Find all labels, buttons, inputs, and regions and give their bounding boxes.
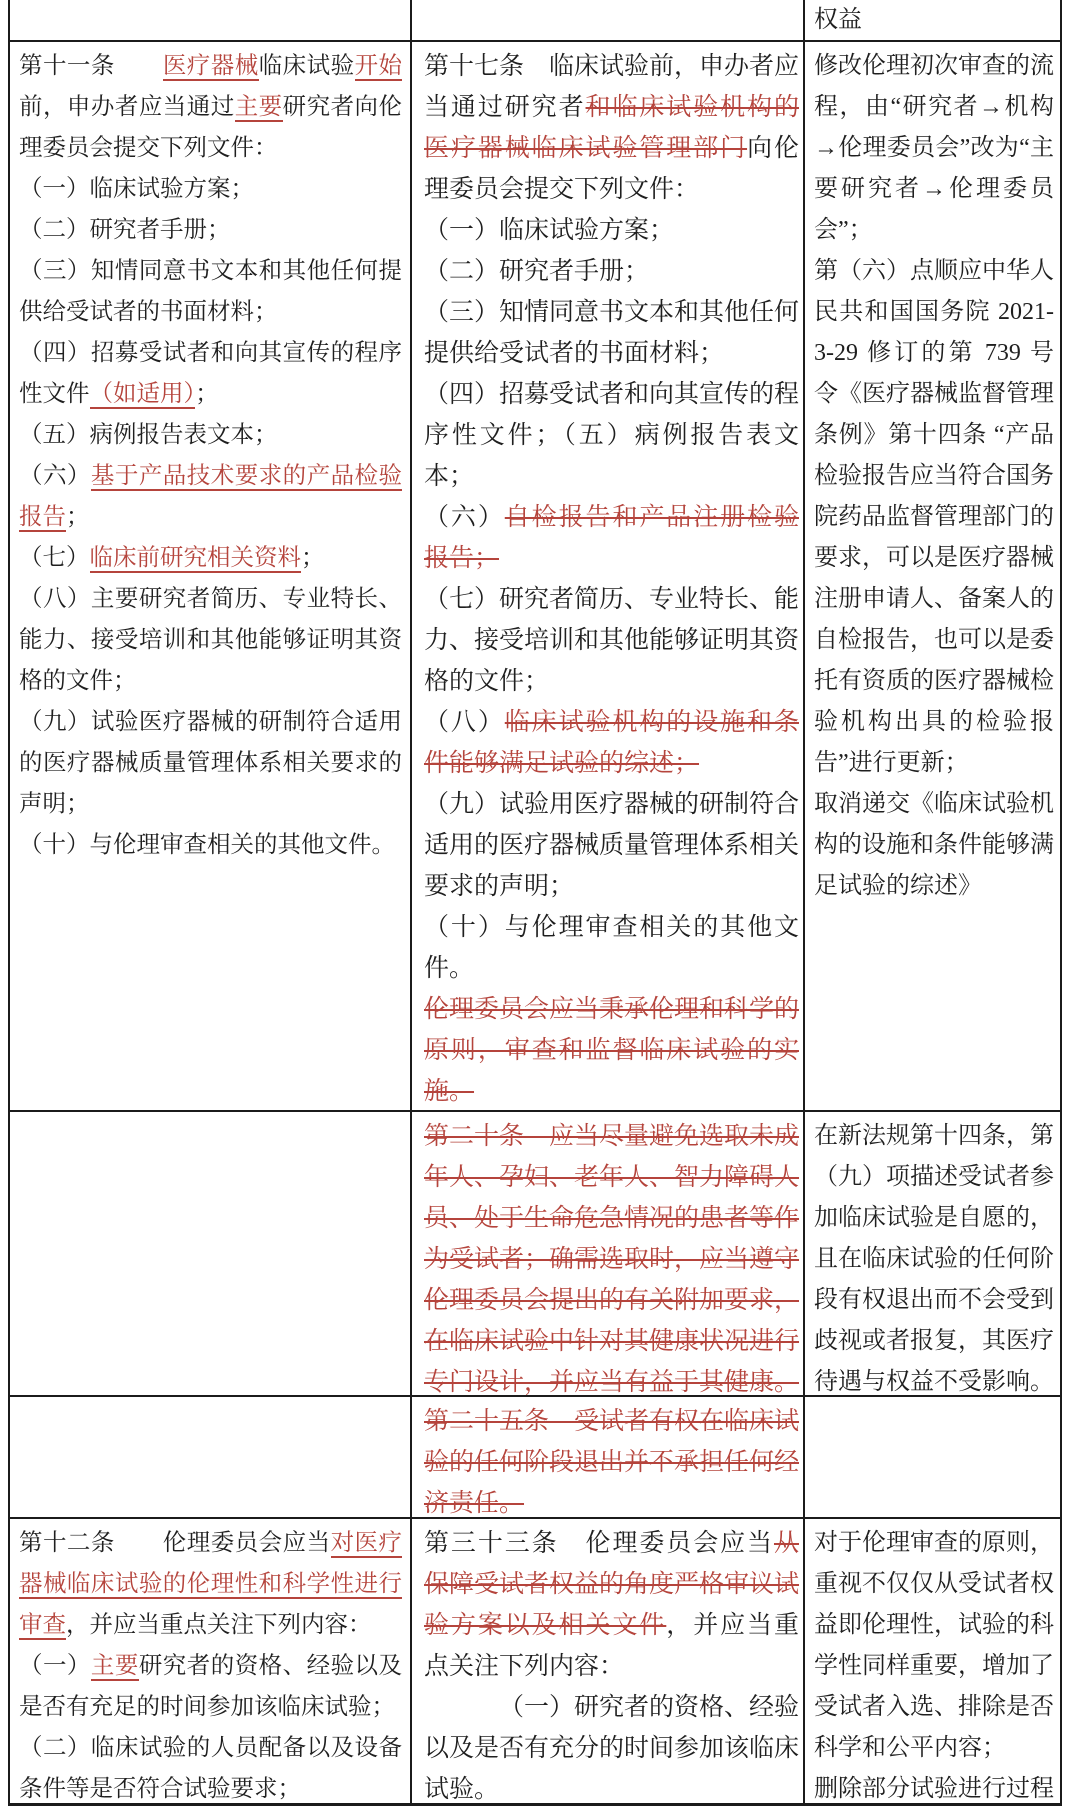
text-segment-normal: （九）试验用医疗器械的研制符合适用的医疗器械质量管理体系相关要求的声明； bbox=[424, 791, 799, 900]
text-segment-normal: （七） bbox=[19, 545, 90, 571]
cell-article12-comment: 对于伦理审查的原则，重视不仅仅从受试者权益即伦理性，试验的科学性同样重要，增加了… bbox=[803, 1519, 1056, 1803]
cell-article17-old-text: 第十七条 临床试验前，申办者应当通过研究者和临床试验机构的医疗器械临床试验管理部… bbox=[410, 42, 803, 1110]
table-row: 第十一条 医疗器械临床试验开始前，申办者应当通过主要研究者向伦理委员会提交下列文… bbox=[10, 42, 1060, 1112]
text-segment-normal: 第三十三条 伦理委员会应当 bbox=[424, 1530, 774, 1557]
text-segment-normal: 临床试验 bbox=[259, 53, 355, 79]
paragraph: （三）知情同意书文本和其他任何提供给受试者的书面材料； bbox=[19, 251, 402, 333]
text-segment-normal: ； bbox=[301, 545, 325, 571]
text-segment-normal: （二）研究者手册； bbox=[424, 258, 649, 285]
text-segment-normal: （五）病例报告表文本； bbox=[19, 422, 278, 448]
text-segment-normal: （九）试验医疗器械的研制符合适用的医疗器械质量管理体系相关要求的声明； bbox=[19, 709, 402, 817]
paragraph: 第十一条 医疗器械临床试验开始前，申办者应当通过主要研究者向伦理委员会提交下列文… bbox=[19, 46, 402, 169]
text-segment-insert: 开始 bbox=[355, 53, 402, 81]
cell-article25-new-text bbox=[10, 1397, 410, 1517]
text-segment-normal: （六） bbox=[424, 504, 505, 531]
text-segment-normal: 删除部分试验进行过程 bbox=[814, 1776, 1054, 1802]
paragraph: 第二十条 应当尽量避免选取未成年人、孕妇、老年人、智力障碍人员、处于生命危急情况… bbox=[424, 1116, 799, 1395]
text-segment-normal: （四）招募受试者和向其宣传的程序性文件；（五）病例报告表文本； bbox=[424, 381, 799, 490]
text-segment-normal: ； bbox=[195, 381, 219, 407]
text-segment-normal: 第（六）点顺应中华人民共和国国务院 2021-3-29 修订的第 739 号令《… bbox=[814, 258, 1054, 776]
cell-article12-new-text: 第十二条 伦理委员会应当对医疗器械临床试验的伦理性和科学性进行审查，并应当重点关… bbox=[10, 1519, 410, 1803]
text-segment-insert: 主要 bbox=[91, 1653, 139, 1681]
text-segment-normal: （一） bbox=[19, 1653, 91, 1679]
text-segment-normal: （一）研究者的资格、经验以及是否有充分的时间参加该临床试验。 bbox=[424, 1694, 799, 1803]
text-segment-normal: 修改伦理初次审查的流程，由“研究者→机构→伦理委员会”改为“主要研究者→伦理委员… bbox=[814, 53, 1054, 243]
text-segment-delete: 第二十五条 受试者有权在临床试验的任何阶段退出并不承担任何经济责任。 bbox=[424, 1408, 799, 1517]
paragraph: （一）研究者的资格、经验以及是否有充分的时间参加该临床试验。 bbox=[424, 1687, 799, 1803]
table-row: 第二十五条 受试者有权在临床试验的任何阶段退出并不承担任何经济责任。 bbox=[10, 1397, 1060, 1519]
paragraph: （六）自检报告和产品注册检验报告； bbox=[424, 497, 799, 579]
text-segment-normal: （二）研究者手册； bbox=[19, 217, 231, 243]
text-segment-normal: 权益 bbox=[814, 7, 862, 33]
text-segment-normal: 取消递交《临床试验机构的设施和条件能够满足试验的综述》 bbox=[814, 791, 1054, 899]
text-segment-normal: 前，申办者应当通过 bbox=[19, 94, 235, 120]
paragraph: （一）临床试验方案； bbox=[19, 169, 402, 210]
cell-top-new-text bbox=[10, 0, 410, 40]
paragraph: （十）与伦理审查相关的其他文件。 bbox=[19, 825, 402, 866]
cell-article20-old-text: 第二十条 应当尽量避免选取未成年人、孕妇、老年人、智力障碍人员、处于生命危急情况… bbox=[410, 1112, 803, 1395]
paragraph: 修改伦理初次审查的流程，由“研究者→机构→伦理委员会”改为“主要研究者→伦理委员… bbox=[814, 46, 1054, 251]
text-segment-normal: ； bbox=[66, 504, 90, 530]
cell-top-old-text bbox=[410, 0, 803, 40]
text-segment-normal: ，并应当重点关注下列内容： bbox=[66, 1612, 372, 1638]
paragraph: （四）招募受试者和向其宣传的程序性文件（如适用）； bbox=[19, 333, 402, 415]
paragraph: 第三十三条 伦理委员会应当从保障受试者权益的角度严格审议试验方案以及相关文件，并… bbox=[424, 1523, 799, 1687]
text-segment-normal: 第十二条 伦理委员会应当 bbox=[19, 1530, 331, 1556]
text-segment-normal: （三）知情同意书文本和其他任何提供给受试者的书面材料； bbox=[19, 258, 402, 325]
paragraph: 第十七条 临床试验前，申办者应当通过研究者和临床试验机构的医疗器械临床试验管理部… bbox=[424, 46, 799, 210]
cell-article11-comment: 修改伦理初次审查的流程，由“研究者→机构→伦理委员会”改为“主要研究者→伦理委员… bbox=[803, 42, 1056, 1110]
paragraph: （一）临床试验方案； bbox=[424, 210, 799, 251]
paragraph: 取消递交《临床试验机构的设施和条件能够满足试验的综述》 bbox=[814, 784, 1054, 907]
paragraph: 对于伦理审查的原则，重视不仅仅从受试者权益即伦理性，试验的科学性同样重要，增加了… bbox=[814, 1523, 1054, 1769]
text-segment-normal: （十）与伦理审查相关的其他文件。 bbox=[424, 914, 799, 982]
cell-article20-comment: 在新法规第十四条，第（九）项描述受试者参加临床试验是自愿的，且在临床试验的任何阶… bbox=[803, 1112, 1056, 1395]
paragraph: 权益 bbox=[814, 0, 1054, 40]
paragraph: （七）临床前研究相关资料； bbox=[19, 538, 402, 579]
paragraph: 第（六）点顺应中华人民共和国国务院 2021-3-29 修订的第 739 号令《… bbox=[814, 251, 1054, 784]
text-segment-insert: 临床前研究相关资料 bbox=[90, 545, 302, 573]
paragraph: （九）试验用医疗器械的研制符合适用的医疗器械质量管理体系相关要求的声明； bbox=[424, 784, 799, 907]
text-segment-insert: 医疗器械 bbox=[163, 53, 259, 81]
paragraph: （二）研究者手册； bbox=[19, 210, 402, 251]
text-segment-normal: （七）研究者简历、专业特长、能力、接受培训和其他能够证明其资格的文件； bbox=[424, 586, 799, 695]
cell-top-comment: 权益 bbox=[803, 0, 1056, 40]
paragraph: 在新法规第十四条，第（九）项描述受试者参加临床试验是自愿的，且在临床试验的任何阶… bbox=[814, 1116, 1054, 1395]
table-row: 第二十条 应当尽量避免选取未成年人、孕妇、老年人、智力障碍人员、处于生命危急情况… bbox=[10, 1112, 1060, 1397]
cell-article25-old-text: 第二十五条 受试者有权在临床试验的任何阶段退出并不承担任何经济责任。 bbox=[410, 1397, 803, 1517]
text-segment-insert: 主要 bbox=[235, 94, 283, 122]
text-segment-normal: （八） bbox=[424, 709, 505, 736]
text-segment-normal: （一）临床试验方案； bbox=[424, 217, 674, 244]
text-segment-normal: 对于伦理审查的原则，重视不仅仅从受试者权益即伦理性，试验的科学性同样重要，增加了… bbox=[814, 1530, 1054, 1761]
text-segment-insert: （如适用） bbox=[90, 381, 196, 409]
paragraph: （五）病例报告表文本； bbox=[19, 415, 402, 456]
text-segment-normal: （三）知情同意书文本和其他任何提供给受试者的书面材料； bbox=[424, 299, 799, 367]
paragraph: （八）临床试验机构的设施和条件能够满足试验的综述； bbox=[424, 702, 799, 784]
paragraph: （十）与伦理审查相关的其他文件。 bbox=[424, 907, 799, 989]
text-segment-normal: （六） bbox=[19, 463, 91, 489]
table-row: 第十二条 伦理委员会应当对医疗器械临床试验的伦理性和科学性进行审查，并应当重点关… bbox=[10, 1519, 1060, 1806]
paragraph: 删除部分试验进行过程 bbox=[814, 1769, 1054, 1803]
text-segment-delete: 第二十条 应当尽量避免选取未成年人、孕妇、老年人、智力障碍人员、处于生命危急情况… bbox=[424, 1123, 799, 1395]
cell-article20-new-text bbox=[10, 1112, 410, 1395]
paragraph: （二）研究者手册； bbox=[424, 251, 799, 292]
text-segment-normal: （二）临床试验的人员配备以及设备条件等是否符合试验要求； bbox=[19, 1735, 402, 1802]
table-row: 权益 bbox=[10, 0, 1060, 42]
cell-article25-comment bbox=[803, 1397, 1056, 1517]
text-segment-delete: 伦理委员会应当秉承伦理和科学的原则，审查和监督临床试验的实施。 bbox=[424, 996, 799, 1105]
paragraph: （六）基于产品技术要求的产品检验报告； bbox=[19, 456, 402, 538]
paragraph: （一）主要研究者的资格、经验以及是否有充足的时间参加该临床试验； bbox=[19, 1646, 402, 1728]
text-segment-normal: 在新法规第十四条，第（九）项描述受试者参加临床试验是自愿的，且在临床试验的任何阶… bbox=[814, 1123, 1054, 1395]
paragraph: （九）试验医疗器械的研制符合适用的医疗器械质量管理体系相关要求的声明； bbox=[19, 702, 402, 825]
paragraph: （八）主要研究者简历、专业特长、能力、接受培训和其他能够证明其资格的文件； bbox=[19, 579, 402, 702]
paragraph: 伦理委员会应当秉承伦理和科学的原则，审查和监督临床试验的实施。 bbox=[424, 989, 799, 1110]
paragraph: 第二十五条 受试者有权在临床试验的任何阶段退出并不承担任何经济责任。 bbox=[424, 1401, 799, 1517]
text-segment-normal: （一）临床试验方案； bbox=[19, 176, 254, 202]
paragraph: （七）研究者简历、专业特长、能力、接受培训和其他能够证明其资格的文件； bbox=[424, 579, 799, 702]
cell-article33-old-text: 第三十三条 伦理委员会应当从保障受试者权益的角度严格审议试验方案以及相关文件，并… bbox=[410, 1519, 803, 1803]
paragraph: （三）知情同意书文本和其他任何提供给受试者的书面材料； bbox=[424, 292, 799, 374]
paragraph: 第十二条 伦理委员会应当对医疗器械临床试验的伦理性和科学性进行审查，并应当重点关… bbox=[19, 1523, 402, 1646]
text-segment-normal: （十）与伦理审查相关的其他文件。 bbox=[19, 832, 395, 858]
paragraph: （二）临床试验的人员配备以及设备条件等是否符合试验要求； bbox=[19, 1728, 402, 1803]
regulation-comparison-table: 权益 第十一条 医疗器械临床试验开始前，申办者应当通过主要研究者向伦理委员会提交… bbox=[8, 0, 1062, 1806]
paragraph: （四）招募受试者和向其宣传的程序性文件；（五）病例报告表文本； bbox=[424, 374, 799, 497]
cell-article11-new-text: 第十一条 医疗器械临床试验开始前，申办者应当通过主要研究者向伦理委员会提交下列文… bbox=[10, 42, 410, 1110]
text-segment-normal: 第十一条 bbox=[19, 53, 163, 79]
text-segment-normal: （八）主要研究者简历、专业特长、能力、接受培训和其他能够证明其资格的文件； bbox=[19, 586, 402, 694]
